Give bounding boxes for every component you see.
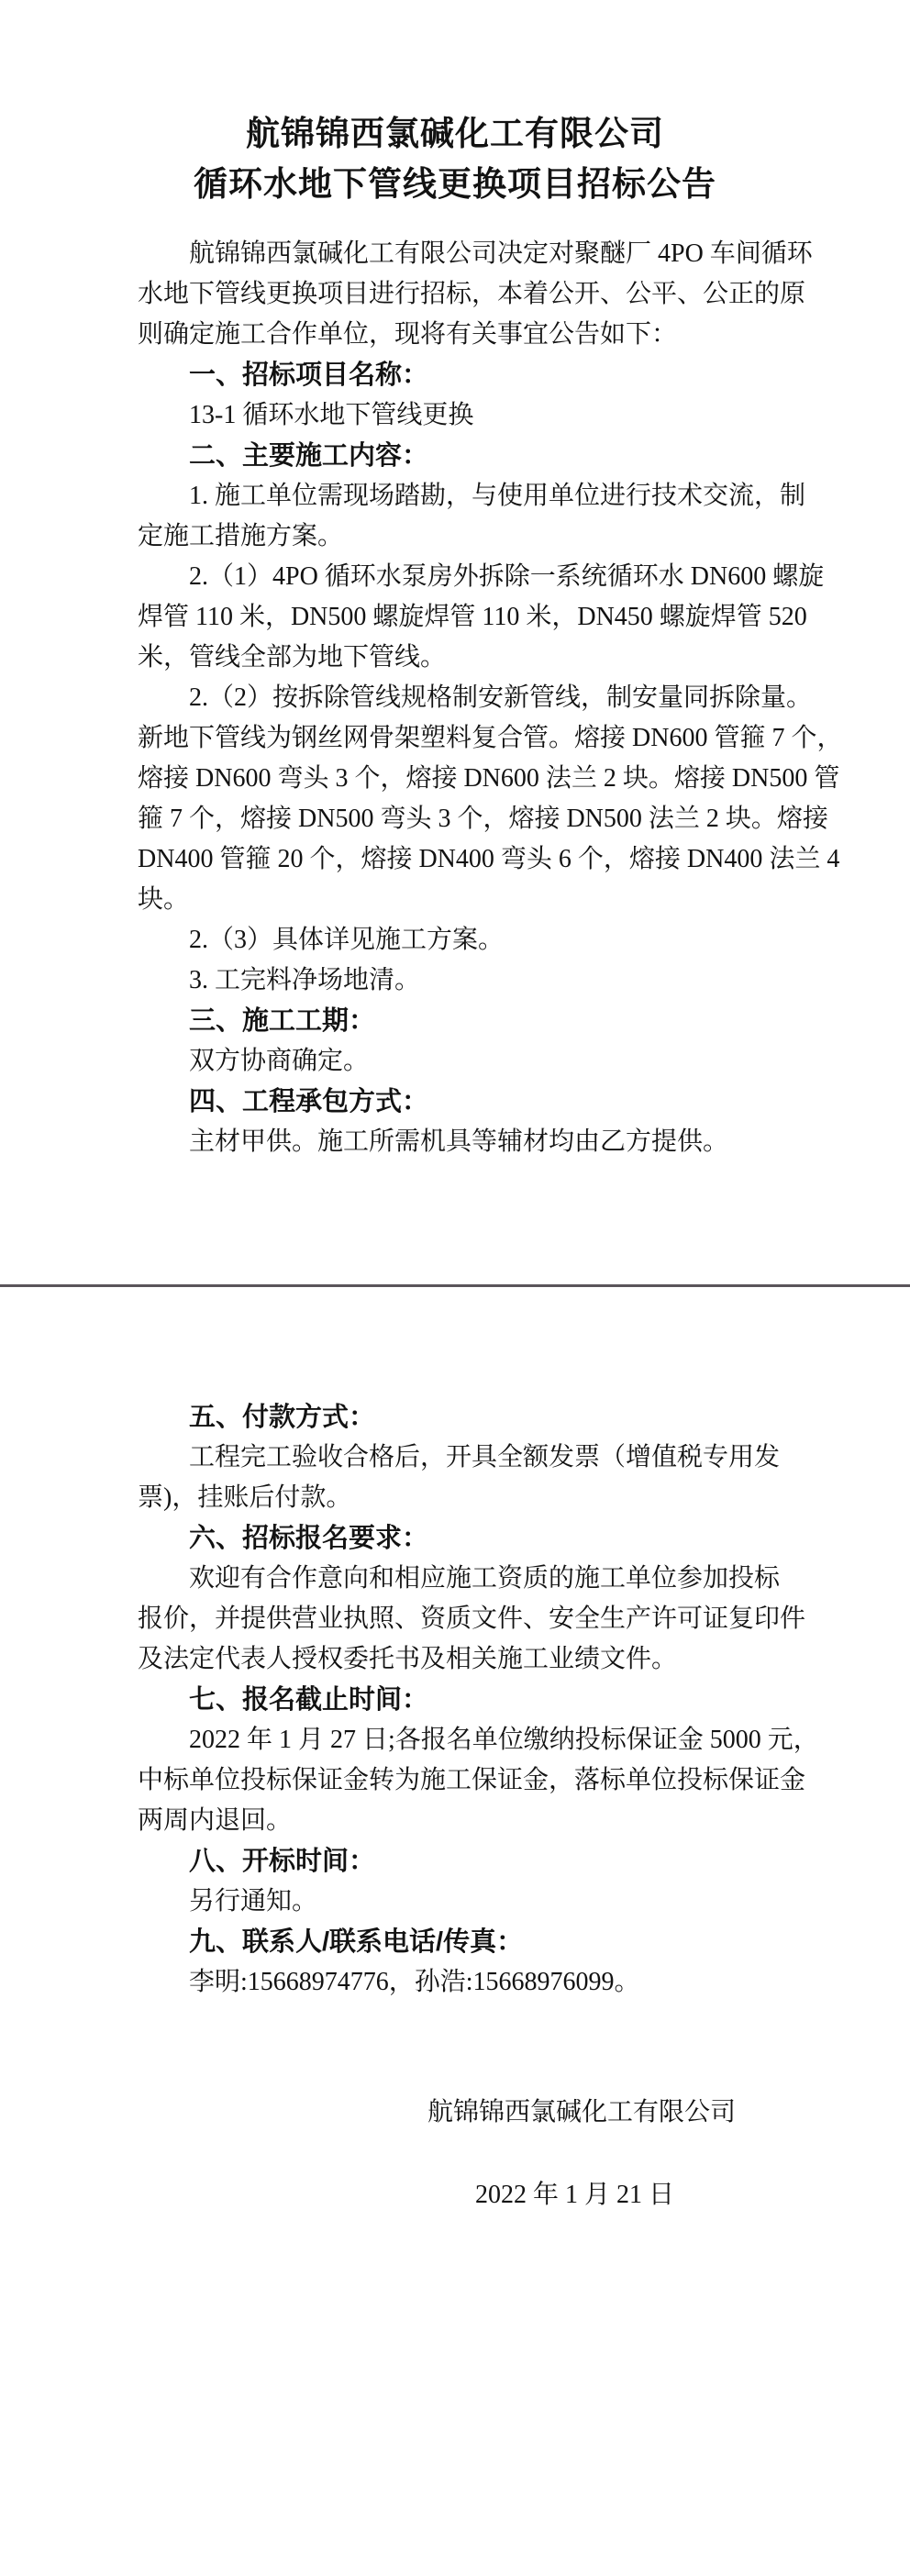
document-line: 箍 7 个，熔接 DN500 弯头 3 个，熔接 DN500 法兰 2 块。熔接 [138,799,791,839]
document-line: 米，管线全部为地下管线。 [138,638,791,678]
section-heading-4: 四、工程承包方式： [138,1082,791,1122]
document-line: 及法定代表人授权委托书及相关施工业绩文件。 [138,1639,791,1680]
document-title-line-2: 循环水地下管线更换项目招标公告 [0,159,910,209]
document-line: 则确定施工合作单位，现将有关事宜公告如下： [138,315,791,355]
page-2-body: 五、付款方式： 工程完工验收合格后，开具全额发票（增值税专用发 票)，挂账后付款… [138,1397,791,2003]
section-heading-3: 三、施工工期： [138,1001,791,1041]
document-line: DN400 管箍 20 个，熔接 DN400 弯头 6 个，熔接 DN400 法… [138,839,791,880]
document-line: 块。 [138,880,791,920]
document-line: 报价，并提供营业执照、资质文件、安全生产许可证复印件 [138,1599,791,1639]
document-line: 双方协商确定。 [138,1041,791,1082]
document-line: 另行通知。 [138,1882,791,1922]
contact-line: 李明:15668974776，孙浩:15668976099。 [138,1962,791,2003]
document-line: 定施工措施方案。 [138,516,791,557]
document-line: 焊管 110 米，DN500 螺旋焊管 110 米，DN450 螺旋焊管 520 [138,597,791,638]
document-line: 13-1 循环水地下管线更换 [138,395,791,436]
document-line: 新地下管线为钢丝网骨架塑料复合管。熔接 DN600 管箍 7 个， [138,718,791,759]
document-line: 两周内退回。 [138,1801,791,1841]
section-heading-9: 九、联系人/联系电话/传真： [138,1922,791,1962]
document-line: 欢迎有合作意向和相应施工资质的施工单位参加投标 [138,1559,791,1599]
document-title-line-1: 航锦锦西氯碱化工有限公司 [0,108,910,159]
document-line: 中标单位投标保证金转为施工保证金，落标单位投标保证金 [138,1760,791,1801]
document-line: 2022 年 1 月 27 日;各报名单位缴纳投标保证金 5000 元， [138,1720,791,1760]
document-line: 熔接 DN600 弯头 3 个，熔接 DN600 法兰 2 块。熔接 DN500… [138,759,791,799]
signature-date: 2022 年 1 月 21 日 [475,2177,674,2214]
document-page: 航锦锦西氯碱化工有限公司 循环水地下管线更换项目招标公告 航锦锦西氯碱化工有限公… [0,0,910,2576]
section-heading-1: 一、招标项目名称： [138,355,791,395]
document-line: 2.（2）按拆除管线规格制安新管线，制安量同拆除量。 [138,678,791,718]
section-heading-8: 八、开标时间： [138,1841,791,1882]
document-line: 水地下管线更换项目进行招标，本着公开、公平、公正的原 [138,274,791,315]
document-line: 2.（1）4PO 循环水泵房外拆除一系统循环水 DN600 螺旋 [138,557,791,597]
document-line: 航锦锦西氯碱化工有限公司决定对聚醚厂 4PO 车间循环 [138,234,791,274]
section-heading-2: 二、主要施工内容： [138,436,791,476]
document-line: 工程完工验收合格后，开具全额发票（增值税专用发 [138,1438,791,1478]
section-heading-7: 七、报名截止时间： [138,1680,791,1720]
section-heading-5: 五、付款方式： [138,1397,791,1438]
document-line: 1. 施工单位需现场踏勘，与使用单位进行技术交流，制 [138,476,791,516]
signature-company: 航锦锦西氯碱化工有限公司 [427,2094,736,2131]
page-1-body: 航锦锦西氯碱化工有限公司决定对聚醚厂 4PO 车间循环 水地下管线更换项目进行招… [138,234,791,1162]
document-line: 2.（3）具体详见施工方案。 [138,920,791,960]
section-heading-6: 六、招标报名要求： [138,1518,791,1559]
page-break-divider [0,1284,910,1287]
document-line: 3. 工完料净场地清。 [138,960,791,1001]
document-line: 票)，挂账后付款。 [138,1478,791,1518]
document-line: 主材甲供。施工所需机具等辅材均由乙方提供。 [138,1122,791,1162]
document-title: 航锦锦西氯碱化工有限公司 循环水地下管线更换项目招标公告 [0,108,910,209]
